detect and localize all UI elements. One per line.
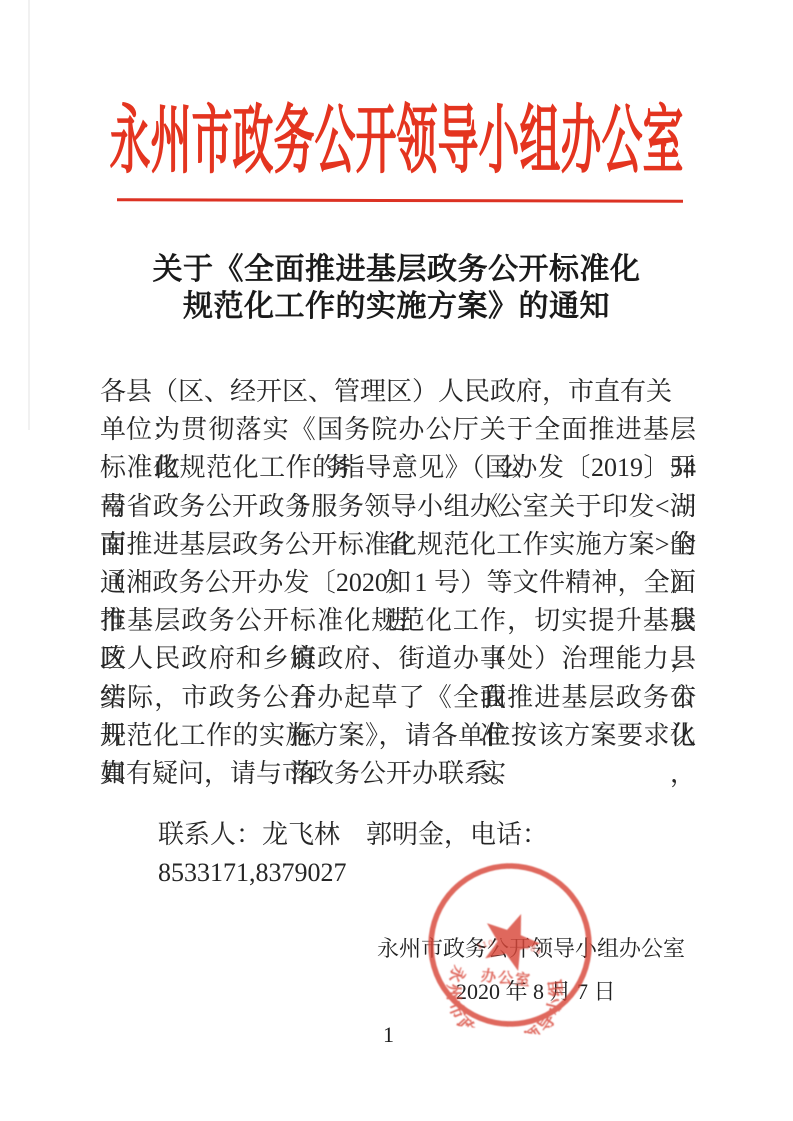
document-title-line2: 规范化工作的实施方案》的通知 [0, 288, 793, 325]
body-line: 南省政务公开政务服务领导小组办公室关于印发<湖南省全 [100, 488, 696, 526]
document-body: 各县（区、经开区、管理区）人民政府，市直有关单位： 为贯彻落实《国务院办公厅关于… [100, 373, 696, 793]
document-page: 永州市政务公开领导小组办公室 关于《全面推进基层政务公开标准化 规范化工作的实施… [0, 0, 793, 1121]
letterhead-divider [117, 198, 683, 202]
scan-artifact-line [28, 0, 30, 430]
body-line: 规范化工作的实施方案》，请各单位按该方案要求认真落实， [100, 717, 696, 755]
official-seal: 永州市政务公开领导小组 办公室 11030000684 [415, 850, 604, 1039]
salutation-line: 各县（区、经开区、管理区）人民政府，市直有关单位： [100, 373, 696, 411]
contact-line: 联系人：龙飞林 郭明金，电话：8533171,8379027 [100, 816, 696, 892]
document-title: 关于《全面推进基层政务公开标准化 规范化工作的实施方案》的通知 [0, 251, 793, 325]
body-line: 区人民政府和乡镇政府、街道办事处）治理能力，结合我市 [100, 640, 696, 678]
letterhead-org-name: 永州市政务公开领导小组办公室 [110, 104, 684, 179]
body-line: 市基层政务公开标准化规范化工作，切实提升基层政府（县 [100, 602, 696, 640]
body-line: 标准化规范化工作的指导意见》（国办发〔2019〕54 号）《湖 [100, 449, 696, 487]
page-number: 1 [383, 1022, 394, 1048]
document-title-line1: 关于《全面推进基层政务公开标准化 [0, 251, 793, 288]
body-line: 面推进基层政务公开标准化规范化工作实施方案>的通知》 [100, 526, 696, 564]
seal-center-text: 办公室 [480, 966, 533, 989]
body-line: （湘政务公开办发〔2020〕1 号）等文件精神，全面推进我 [100, 564, 696, 602]
body-line: 实际，市政务公开办起草了《全面推进基层政务公开标准化 [100, 679, 696, 717]
body-line: 为贯彻落实《国务院办公厅关于全面推进基层政务公开 [100, 411, 696, 449]
letterhead: 永州市政务公开领导小组办公室 [0, 121, 793, 162]
